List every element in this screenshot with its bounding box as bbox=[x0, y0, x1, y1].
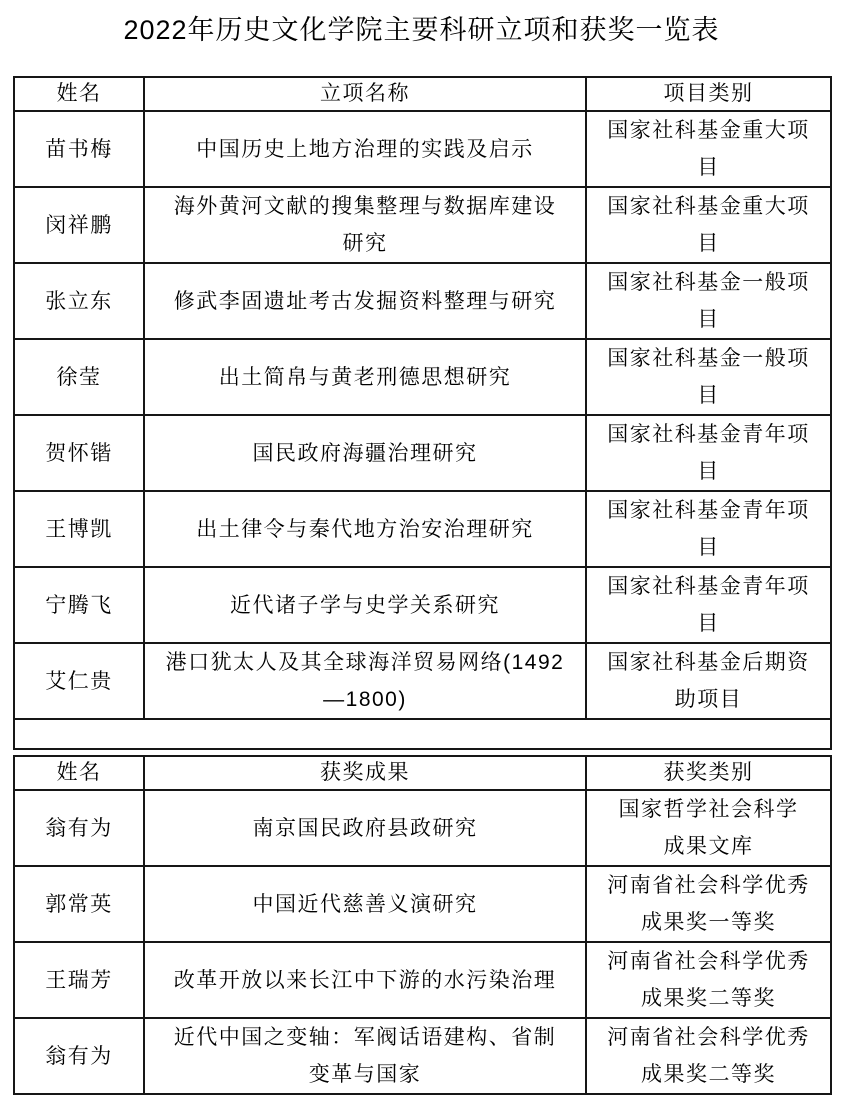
category-cell: 国家哲学社会科学 成果文库 bbox=[586, 790, 831, 866]
name-cell: 王瑞芳 bbox=[14, 942, 144, 1018]
table-row: 苗书梅 中国历史上地方治理的实践及启示 国家社科基金重大项 目 bbox=[14, 111, 831, 187]
name-cell: 翁有为 bbox=[14, 1018, 144, 1094]
table-row: 翁有为 南京国民政府县政研究 国家哲学社会科学 成果文库 bbox=[14, 790, 831, 866]
name-cell: 艾仁贵 bbox=[14, 643, 144, 719]
spacer-cell bbox=[14, 719, 831, 749]
table-row: 闵祥鹏 海外黄河文献的搜集整理与数据库建设 研究 国家社科基金重大项 目 bbox=[14, 187, 831, 263]
header-project-category: 项目类别 bbox=[586, 77, 831, 111]
project-cell: 出土简帛与黄老刑德思想研究 bbox=[144, 339, 586, 415]
spacer-row bbox=[14, 719, 831, 749]
achievement-cell: 中国近代慈善义演研究 bbox=[144, 866, 586, 942]
name-cell: 张立东 bbox=[14, 263, 144, 339]
table-row: 徐莹 出土简帛与黄老刑德思想研究 国家社科基金一般项 目 bbox=[14, 339, 831, 415]
project-cell: 出土律令与秦代地方治安治理研究 bbox=[144, 491, 586, 567]
header-achievement: 获奖成果 bbox=[144, 756, 586, 790]
name-cell: 宁腾飞 bbox=[14, 567, 144, 643]
project-cell: 港口犹太人及其全球海洋贸易网络(1492 —1800) bbox=[144, 643, 586, 719]
category-cell: 河南省社会科学优秀 成果奖二等奖 bbox=[586, 942, 831, 1018]
project-cell: 近代诸子学与史学关系研究 bbox=[144, 567, 586, 643]
achievement-cell: 近代中国之变轴：军阀话语建构、省制 变革与国家 bbox=[144, 1018, 586, 1094]
table-row: 宁腾飞 近代诸子学与史学关系研究 国家社科基金青年项 目 bbox=[14, 567, 831, 643]
name-cell: 郭常英 bbox=[14, 866, 144, 942]
achievement-cell: 南京国民政府县政研究 bbox=[144, 790, 586, 866]
category-cell: 河南省社会科学优秀 成果奖一等奖 bbox=[586, 866, 831, 942]
category-cell: 国家社科基金青年项 目 bbox=[586, 415, 831, 491]
awards-table: 姓名 获奖成果 获奖类别 翁有为 南京国民政府县政研究 国家哲学社会科学 成果文… bbox=[13, 755, 832, 1095]
name-cell: 贺怀锴 bbox=[14, 415, 144, 491]
project-cell: 中国历史上地方治理的实践及启示 bbox=[144, 111, 586, 187]
page-title: 2022年历史文化学院主要科研立项和获奖一览表 bbox=[13, 12, 830, 48]
header-name: 姓名 bbox=[14, 77, 144, 111]
table-row: 王瑞芳 改革开放以来长江中下游的水污染治理 河南省社会科学优秀 成果奖二等奖 bbox=[14, 942, 831, 1018]
document-page: 2022年历史文化学院主要科研立项和获奖一览表 姓名 立项名称 项目类别 苗书梅… bbox=[0, 0, 842, 1105]
table-row: 翁有为 近代中国之变轴：军阀话语建构、省制 变革与国家 河南省社会科学优秀 成果… bbox=[14, 1018, 831, 1094]
name-cell: 徐莹 bbox=[14, 339, 144, 415]
header-award-category: 获奖类别 bbox=[586, 756, 831, 790]
table-row: 艾仁贵 港口犹太人及其全球海洋贸易网络(1492 —1800) 国家社科基金后期… bbox=[14, 643, 831, 719]
header-name: 姓名 bbox=[14, 756, 144, 790]
name-cell: 苗书梅 bbox=[14, 111, 144, 187]
category-cell: 国家社科基金一般项 目 bbox=[586, 339, 831, 415]
name-cell: 闵祥鹏 bbox=[14, 187, 144, 263]
projects-header-row: 姓名 立项名称 项目类别 bbox=[14, 77, 831, 111]
category-cell: 国家社科基金重大项 目 bbox=[586, 111, 831, 187]
category-cell: 国家社科基金青年项 目 bbox=[586, 491, 831, 567]
table-row: 郭常英 中国近代慈善义演研究 河南省社会科学优秀 成果奖一等奖 bbox=[14, 866, 831, 942]
awards-header-row: 姓名 获奖成果 获奖类别 bbox=[14, 756, 831, 790]
project-cell: 海外黄河文献的搜集整理与数据库建设 研究 bbox=[144, 187, 586, 263]
category-cell: 国家社科基金一般项 目 bbox=[586, 263, 831, 339]
name-cell: 翁有为 bbox=[14, 790, 144, 866]
category-cell: 河南省社会科学优秀 成果奖二等奖 bbox=[586, 1018, 831, 1094]
category-cell: 国家社科基金后期资 助项目 bbox=[586, 643, 831, 719]
table-row: 王博凯 出土律令与秦代地方治安治理研究 国家社科基金青年项 目 bbox=[14, 491, 831, 567]
header-project: 立项名称 bbox=[144, 77, 586, 111]
projects-table: 姓名 立项名称 项目类别 苗书梅 中国历史上地方治理的实践及启示 国家社科基金重… bbox=[13, 76, 832, 750]
category-cell: 国家社科基金重大项 目 bbox=[586, 187, 831, 263]
project-cell: 修武李固遗址考古发掘资料整理与研究 bbox=[144, 263, 586, 339]
achievement-cell: 改革开放以来长江中下游的水污染治理 bbox=[144, 942, 586, 1018]
name-cell: 王博凯 bbox=[14, 491, 144, 567]
category-cell: 国家社科基金青年项 目 bbox=[586, 567, 831, 643]
table-row: 贺怀锴 国民政府海疆治理研究 国家社科基金青年项 目 bbox=[14, 415, 831, 491]
project-cell: 国民政府海疆治理研究 bbox=[144, 415, 586, 491]
table-row: 张立东 修武李固遗址考古发掘资料整理与研究 国家社科基金一般项 目 bbox=[14, 263, 831, 339]
